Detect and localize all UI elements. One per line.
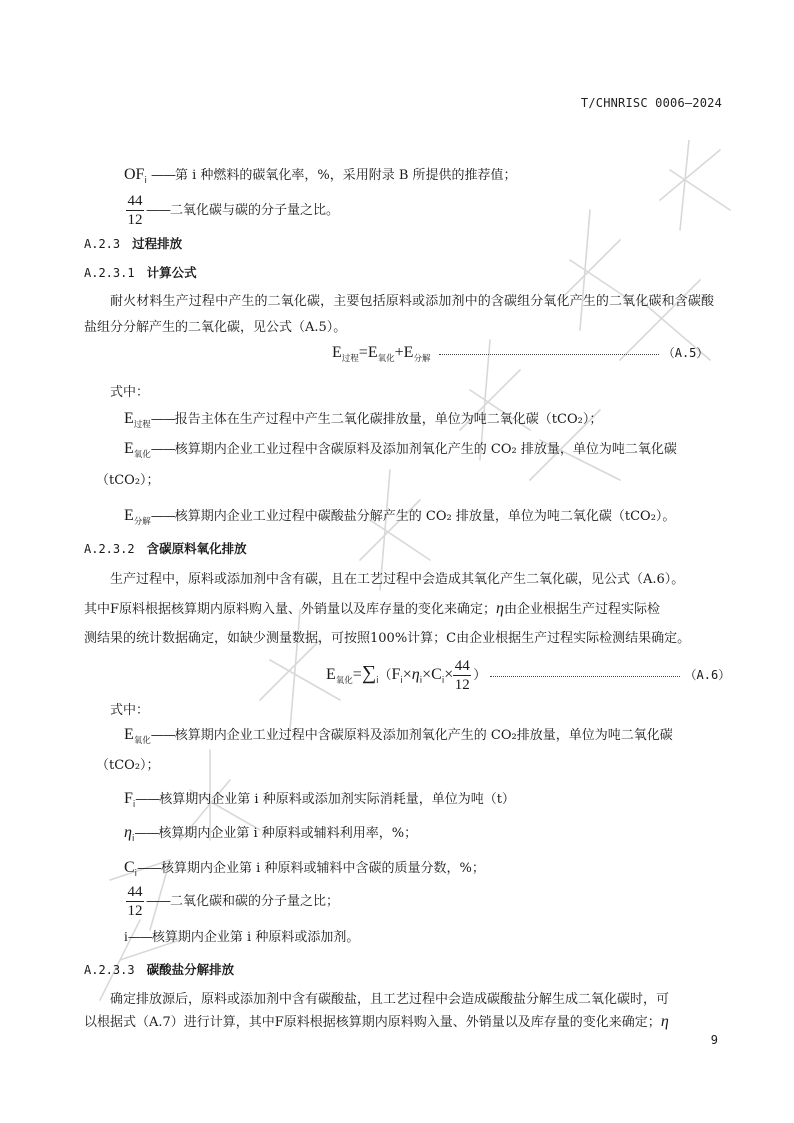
fraction-44-12: 4412 bbox=[126, 193, 144, 228]
definition-f-i: Fi——核算期内企业第 i 种原料或添加剂实际消耗量，单位为吨（t） bbox=[124, 790, 515, 814]
paragraph-carbonate-line2: 以根据式（A.7）进行计算，其中F原料根据核算期内原料购入量、外销量以及库存量的… bbox=[84, 1013, 669, 1032]
paragraph-oxidation-line1: 生产过程中，原料或添加剂中含有碳，且在工艺过程中会造成其氧化产生二氧化碳，见公式… bbox=[110, 571, 684, 589]
equation-number: （A.5） bbox=[663, 346, 709, 360]
section-heading-a2333: A.2.3.3碳酸盐分解排放 bbox=[84, 961, 234, 979]
section-heading-a2332: A.2.3.2含碳原料氧化排放 bbox=[84, 540, 247, 558]
equation-a6: E氧化=∑i（Fi×ηi×Ci×4412） （A.6） bbox=[326, 658, 730, 693]
leader-dots bbox=[490, 674, 680, 677]
paragraph-carbonate-line1: 确定排放源后，原料或添加剂中含有碳酸盐，且工艺过程中会造成碳酸盐分解生成二氧化碳… bbox=[110, 991, 669, 1009]
definition-ratio-2: 4412 ——二氧化碳和碳的分子量之比； bbox=[126, 884, 339, 919]
definition-of-i: OFi ——第 i 种燃料的碳氧化率，%，采用附录 B 所提供的推荐值； bbox=[124, 166, 517, 190]
where-label-1: 式中： bbox=[110, 384, 149, 402]
section-heading-a2331: A.2.3.1计算公式 bbox=[84, 264, 197, 282]
where-label-2: 式中： bbox=[110, 702, 149, 720]
paragraph-process-emission: 耐火材料生产过程中产生的二氧化碳，主要包括原料或添加剂中的含碳组分氧化产生的二氧… bbox=[84, 289, 714, 341]
equation-a5: E过程=E氧化+E分解 （A.5） bbox=[332, 344, 708, 368]
definition-e-decomposition: E分解——核算期内企业工业过程中碳酸盐分解产生的 CO₂ 排放量，单位为吨二氧化… bbox=[124, 507, 675, 531]
definition-e-oxidation-2-cont: （tCO₂）； bbox=[96, 757, 160, 775]
fraction-44-12: 4412 bbox=[126, 884, 144, 919]
definition-e-oxidation: E氧化——核算期内企业工业过程中含碳原料及添加剂氧化产生的 CO₂ 排放量，单位… bbox=[124, 440, 677, 464]
section-heading-a233: A.2.3过程排放 bbox=[84, 235, 182, 253]
definition-ratio-1: 4412 ——二氧化碳与碳的分子量之比。 bbox=[126, 193, 339, 228]
paragraph-oxidation-line2: 其中F原料根据核算期内原料购入量、外销量以及库存量的变化来确定；η由企业根据生产… bbox=[84, 600, 660, 619]
definition-i: i——核算期内企业第 i 种原料或添加剂。 bbox=[124, 929, 359, 947]
symbol-of: OF bbox=[124, 166, 144, 183]
definition-eta-i: ηi——核算期内企业第 i 种原料或辅料利用率，%； bbox=[124, 824, 417, 848]
paragraph-oxidation-line3: 测结果的统计数据确定，如缺少测量数据，可按照100%计算；C由企业根据生产过程实… bbox=[84, 630, 690, 648]
definition-c-i: Ci——核算期内企业第 i 种原料或辅料中含碳的质量分数，%； bbox=[124, 859, 485, 883]
document-code: T/CHNRISC 0006—2024 bbox=[581, 96, 722, 110]
document-page: T/CHNRISC 0006—2024 OFi ——第 i 种燃料的碳氧化率，%… bbox=[0, 0, 794, 1123]
definition-e-oxidation-2: E氧化——核算期内企业工业过程中含碳原料及添加剂氧化产生的 CO₂排放量，单位为… bbox=[124, 726, 673, 750]
definition-e-process: E过程——报告主体在生产过程中产生二氧化碳排放量，单位为吨二氧化碳（tCO₂）； bbox=[124, 410, 602, 434]
definition-e-oxidation-cont: （tCO₂）； bbox=[96, 472, 160, 490]
page-number: 9 bbox=[711, 1033, 718, 1047]
leader-dots bbox=[439, 352, 659, 355]
equation-number: （A.6） bbox=[685, 668, 731, 682]
